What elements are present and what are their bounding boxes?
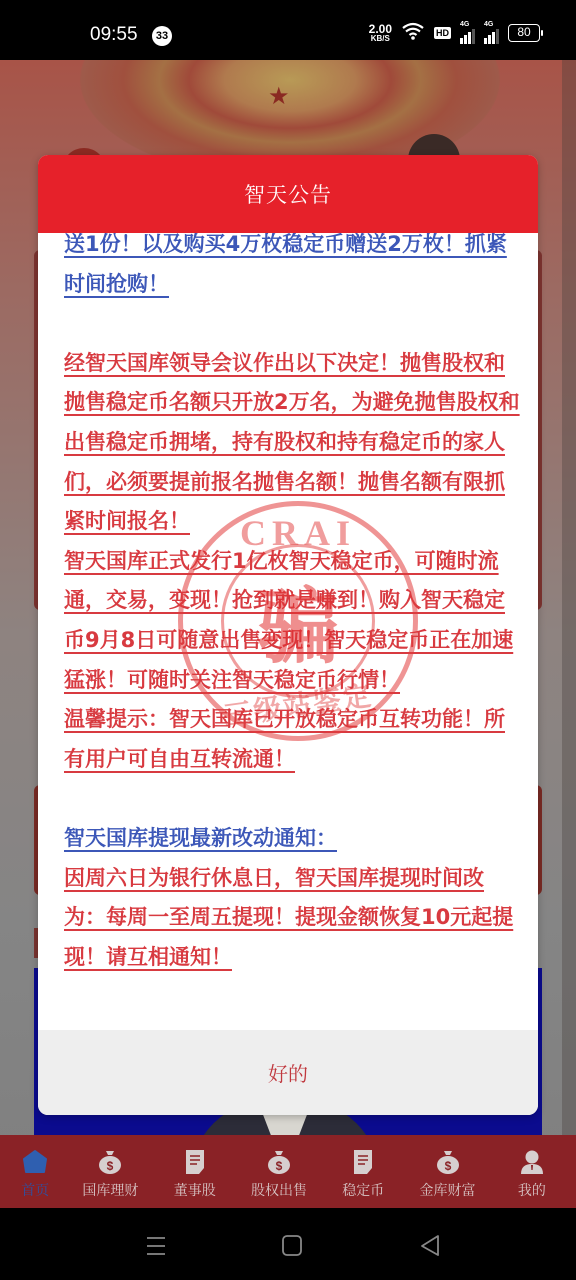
square-icon [278,1232,308,1260]
status-icons: 2.00 KB/S HD 4G 4G 80 [369,22,540,44]
announcement-dialog: 智天公告 送1份！以及购买4万枚稳定币赠送2万枚！抓紧时间抢购！ 经智天国库领导… [38,155,538,1115]
tab-profile[interactable]: 我的 [491,1135,573,1200]
status-bar: 09:55 33 2.00 KB/S HD 4G 4G 80 [0,0,576,60]
user-icon [519,1149,545,1175]
signal-sim2-icon: 4G [484,23,499,44]
money-bag-icon: $ [266,1149,292,1175]
notice-paragraph-promo[interactable]: 送1份！以及购买4万枚稳定币赠送2万枚！抓紧时间抢购！ [64,233,520,304]
signal-sim1-icon: 4G [460,23,475,44]
document-icon [182,1149,208,1175]
tab-equity-sale[interactable]: $ 股权出售 [238,1135,320,1200]
confirm-ok-button[interactable]: 好的 [228,1048,348,1097]
notice-paragraph-tip[interactable]: 温馨提示：智天国库已开放稳定币互转功能！所有用户可自由互转流通！ [64,700,520,779]
tab-label: 股权出售 [251,1180,307,1200]
recent-apps-button[interactable] [142,1232,172,1260]
dialog-title: 智天公告 [244,179,332,209]
notice-paragraph-stablecoin[interactable]: 智天国库正式发行1亿枚智天稳定币，可随时流通，交易，变现！抢到就是赚到！购入智天… [64,542,520,700]
tab-label: 稳定币 [342,1180,384,1200]
home-button[interactable] [278,1232,308,1260]
money-bag-icon: $ [97,1149,123,1175]
document-icon [350,1149,376,1175]
back-button[interactable] [416,1232,446,1260]
tab-label: 首页 [21,1180,49,1200]
tab-treasury-finance[interactable]: $ 国库理财 [69,1135,151,1200]
status-time: 09:55 [90,24,138,46]
star-icon: ★ [268,82,290,110]
system-navigation-bar [0,1208,576,1280]
tab-director-shares[interactable]: 董事股 [154,1135,236,1200]
sim1-network-label: 4G [460,21,469,28]
dialog-header: 智天公告 [38,155,538,233]
paragraph-spacer [64,304,520,344]
battery-indicator: 80 [508,24,540,42]
svg-text:$: $ [107,1159,114,1173]
dialog-footer: 好的 [38,1030,538,1115]
network-speed: 2.00 KB/S [369,23,392,43]
sim2-network-label: 4G [484,21,493,28]
menu-icon [142,1232,172,1260]
paragraph-spacer [64,779,520,819]
money-bag-icon: $ [435,1149,461,1175]
tab-label: 我的 [518,1180,546,1200]
back-triangle-icon [416,1232,446,1260]
dialog-content: 送1份！以及购买4万枚稳定币赠送2万枚！抓紧时间抢购！ 经智天国库领导会议作出以… [64,233,520,977]
notice-paragraph-withdraw[interactable]: 因周六日为银行休息日，智天国库提现时间改为：每周一至周五提现！提现金额恢复10元… [64,859,520,978]
net-speed-unit: KB/S [371,35,390,43]
svg-text:$: $ [276,1159,283,1173]
background-scroll-edge [562,60,576,1208]
home-icon [22,1149,48,1175]
svg-text:$: $ [444,1159,451,1173]
hd-voice-badge: HD [434,27,451,39]
tab-vault-wealth[interactable]: $ 金库财富 [407,1135,489,1200]
notification-count-badge: 33 [152,26,172,46]
tab-label: 金库财富 [420,1180,476,1200]
tab-label: 董事股 [174,1180,216,1200]
wifi-icon [401,22,425,44]
tab-stablecoin[interactable]: 稳定币 [322,1135,404,1200]
notice-paragraph-withdraw-title[interactable]: 智天国库提现最新改动通知： [64,819,520,859]
bottom-tab-bar: 首页 $ 国库理财 董事股 $ 股权出售 稳定币 $ 金库财富 我的 [0,1135,576,1208]
tab-home[interactable]: 首页 [3,1135,67,1200]
dialog-body-scroll[interactable]: 送1份！以及购买4万枚稳定币赠送2万枚！抓紧时间抢购！ 经智天国库领导会议作出以… [38,233,538,1030]
notice-paragraph-decision[interactable]: 经智天国库领导会议作出以下决定！抛售股权和抛售稳定币名额只开放2万名，为避免抛售… [64,344,520,542]
tab-label: 国库理财 [82,1180,138,1200]
